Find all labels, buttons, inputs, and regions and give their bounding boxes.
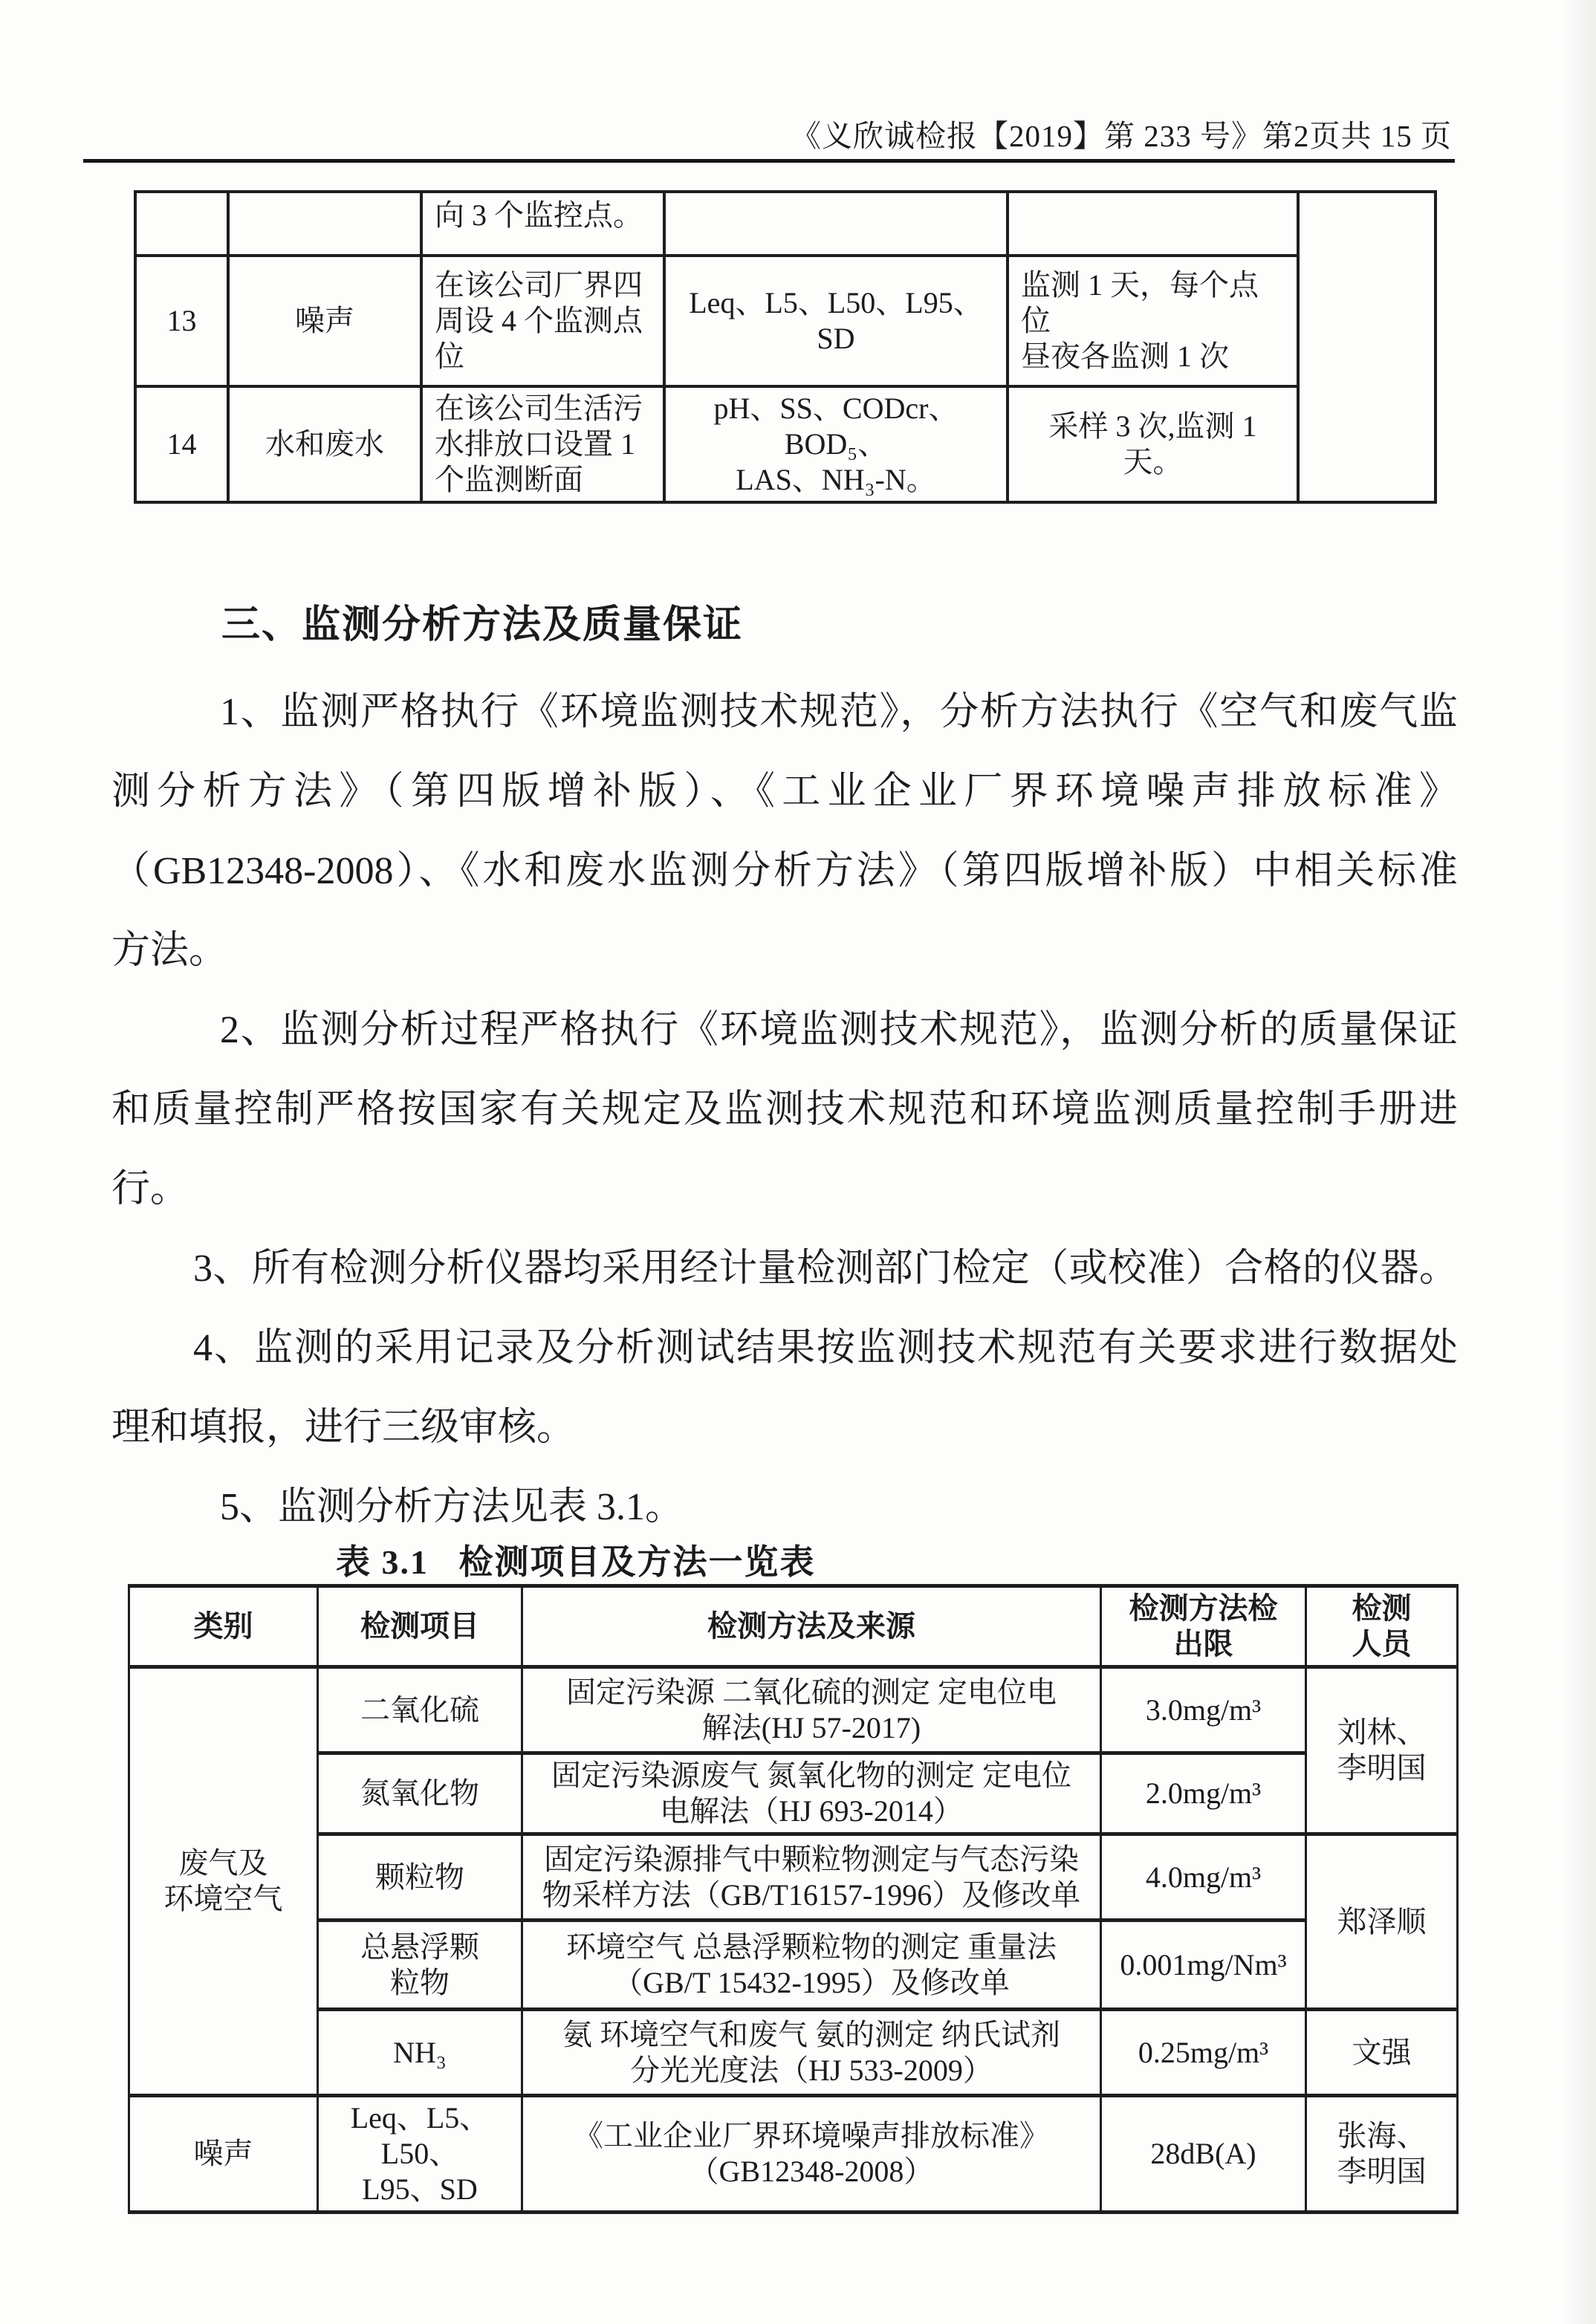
table-row: 颗粒物 固定污染源排气中颗粒物测定与气态污染 物采样方法（GB/T16157-1… (129, 1834, 1458, 1921)
scan-edge-shadow (1562, 0, 1596, 2324)
cell-item-nh3: NH₃ (318, 2010, 522, 2096)
cell-r0-item (228, 192, 421, 256)
page-header: 《义欣诚检报【2019】第 233 号》第2页共 15 页 (791, 111, 1452, 155)
header-method: 检测方法及来源 (522, 1586, 1101, 1667)
table-row: NH₃ 氨 环境空气和废气 氨的测定 纳氏试剂 分光光度法（HJ 533-200… (129, 2010, 1458, 2096)
table-header-row: 类别 检测项目 检测方法及来源 检测方法检 出限 检测 人员 (129, 1586, 1458, 1667)
paragraph-line: 测分析方法》（第四版增补版）、《工业企业厂界环境噪声排放标准》 (111, 752, 1458, 831)
cell-r14-params: pH、SS、CODcr、BOD₅、 LAS、NH₃-N。 (664, 386, 1008, 502)
cell-limit-so2: 3.0mg/m³ (1101, 1667, 1306, 1753)
monitoring-plan-table: 向 3 个监控点。 13 噪声 在该公司厂界四 周设 4 个监测点 位 Leq、… (134, 190, 1437, 504)
table-row: 噪声 Leq、L5、L50、 L95、SD 《工业企业厂界环境噪声排放标准》 （… (129, 2096, 1458, 2213)
paragraph-line: 方法。 (111, 911, 1458, 990)
cell-method-noise: 《工业企业厂界环境噪声排放标准》 （GB12348-2008） (522, 2096, 1101, 2213)
cell-limit-nh3: 0.25mg/m³ (1101, 2010, 1306, 2096)
table-row: 废气及 环境空气 二氧化硫 固定污染源 二氧化硫的测定 定电位电 解法(HJ 5… (129, 1667, 1458, 1753)
cell-r0-no (135, 192, 228, 256)
cell-r13-no: 13 (135, 256, 228, 386)
cell-limit-tsp: 0.001mg/Nm³ (1101, 1921, 1306, 2010)
cell-limit-nox: 2.0mg/m³ (1101, 1753, 1306, 1834)
header-rule (83, 159, 1455, 163)
cell-r14-item: 水和废水 (228, 386, 421, 502)
paragraph-line: 4、监测的采用记录及分析测试结果按监测技术规范有关要求进行数据处 (111, 1308, 1458, 1388)
cell-r14-no: 14 (135, 386, 228, 502)
body-text: 1、监测严格执行《环境监测技术规范》，分析方法执行《空气和废气监 测分析方法》（… (111, 672, 1458, 1547)
cell-r13-item: 噪声 (228, 256, 421, 386)
cell-r14-location: 在该公司生活污 水排放口设置 1 个监测断面 (421, 386, 664, 502)
header-category: 类别 (129, 1586, 318, 1667)
paragraph-line: （GB12348-2008）、《水和废水监测分析方法》（第四版增补版）中相关标准 (111, 831, 1458, 911)
paragraph-line: 2、监测分析过程严格执行《环境监测技术规范》，监测分析的质量保证 (111, 990, 1458, 1070)
cell-method-tsp: 环境空气 总悬浮颗粒物的测定 重量法 （GB/T 15432-1995）及修改单 (522, 1921, 1101, 2010)
table-row: 氮氧化物 固定污染源废气 氮氧化物的测定 定电位 电解法（HJ 693-2014… (129, 1753, 1458, 1834)
cell-category-noise: 噪声 (129, 2096, 318, 2213)
cell-personnel-3: 文强 (1306, 2010, 1458, 2096)
header-limit: 检测方法检 出限 (1101, 1586, 1306, 1667)
section-heading: 三、监测分析方法及质量保证 (111, 593, 1458, 649)
paragraph-line: 和质量控制严格按国家有关规定及监测技术规范和环境监测质量控制手册进 (111, 1070, 1458, 1149)
document-page: 《义欣诚检报【2019】第 233 号》第2页共 15 页 向 3 个监控点。 … (0, 0, 1596, 2324)
table31-title: 表 3.1 检测项目及方法一览表 (336, 1535, 816, 1584)
cell-personnel-1: 刘林、 李明国 (1306, 1667, 1458, 1834)
cell-item-pm: 颗粒物 (318, 1834, 522, 1921)
table-row: 总悬浮颗 粒物 环境空气 总悬浮颗粒物的测定 重量法 （GB/T 15432-1… (129, 1921, 1458, 2010)
paragraph-line: 行。 (111, 1149, 1458, 1229)
cell-personnel-2: 郑泽顺 (1306, 1834, 1458, 2010)
paragraph-line: 1、监测严格执行《环境监测技术规范》，分析方法执行《空气和废气监 (111, 672, 1458, 752)
cell-category-air: 废气及 环境空气 (129, 1667, 318, 2096)
methods-table: 类别 检测项目 检测方法及来源 检测方法检 出限 检测 人员 废气及 环境空气 … (128, 1584, 1459, 2214)
table-row: 向 3 个监控点。 (135, 192, 1436, 256)
cell-method-so2: 固定污染源 二氧化硫的测定 定电位电 解法(HJ 57-2017) (522, 1667, 1101, 1753)
cell-item-so2: 二氧化硫 (318, 1667, 522, 1753)
cell-item-tsp: 总悬浮颗 粒物 (318, 1921, 522, 2010)
cell-limit-noise: 28dB(A) (1101, 2096, 1306, 2213)
cell-r13-frequency: 监测 1 天，每个点位 昼夜各监测 1 次 (1008, 256, 1298, 386)
cell-method-nox: 固定污染源废气 氮氧化物的测定 定电位 电解法（HJ 693-2014） (522, 1753, 1101, 1834)
cell-item-noise: Leq、L5、L50、 L95、SD (318, 2096, 522, 2213)
cell-r13-params: Leq、L5、L50、L95、SD (664, 256, 1008, 386)
cell-personnel-4: 张海、 李明国 (1306, 2096, 1458, 2213)
cell-method-pm: 固定污染源排气中颗粒物测定与气态污染 物采样方法（GB/T16157-1996）… (522, 1834, 1101, 1921)
paragraph-line: 3、所有检测分析仪器均采用经计量检测部门检定（或校准）合格的仪器。 (111, 1229, 1458, 1308)
header-item: 检测项目 (318, 1586, 522, 1667)
header-personnel: 检测 人员 (1306, 1586, 1458, 1667)
table-row: 13 噪声 在该公司厂界四 周设 4 个监测点 位 Leq、L5、L50、L95… (135, 256, 1436, 386)
table-row: 14 水和废水 在该公司生活污 水排放口设置 1 个监测断面 pH、SS、COD… (135, 386, 1436, 502)
cell-method-nh3: 氨 环境空气和废气 氨的测定 纳氏试剂 分光光度法（HJ 533-2009） (522, 2010, 1101, 2096)
cell-r0-location: 向 3 个监控点。 (421, 192, 664, 256)
monitoring-table-empty-column (1298, 192, 1436, 502)
cell-item-nox: 氮氧化物 (318, 1753, 522, 1834)
paragraph-line: 理和填报，进行三级审核。 (111, 1388, 1458, 1467)
cell-r0-params (664, 192, 1008, 256)
cell-r13-location: 在该公司厂界四 周设 4 个监测点 位 (421, 256, 664, 386)
cell-limit-pm: 4.0mg/m³ (1101, 1834, 1306, 1921)
cell-r14-frequency: 采样 3 次,监测 1 天。 (1008, 386, 1298, 502)
cell-r0-frequency (1008, 192, 1298, 256)
